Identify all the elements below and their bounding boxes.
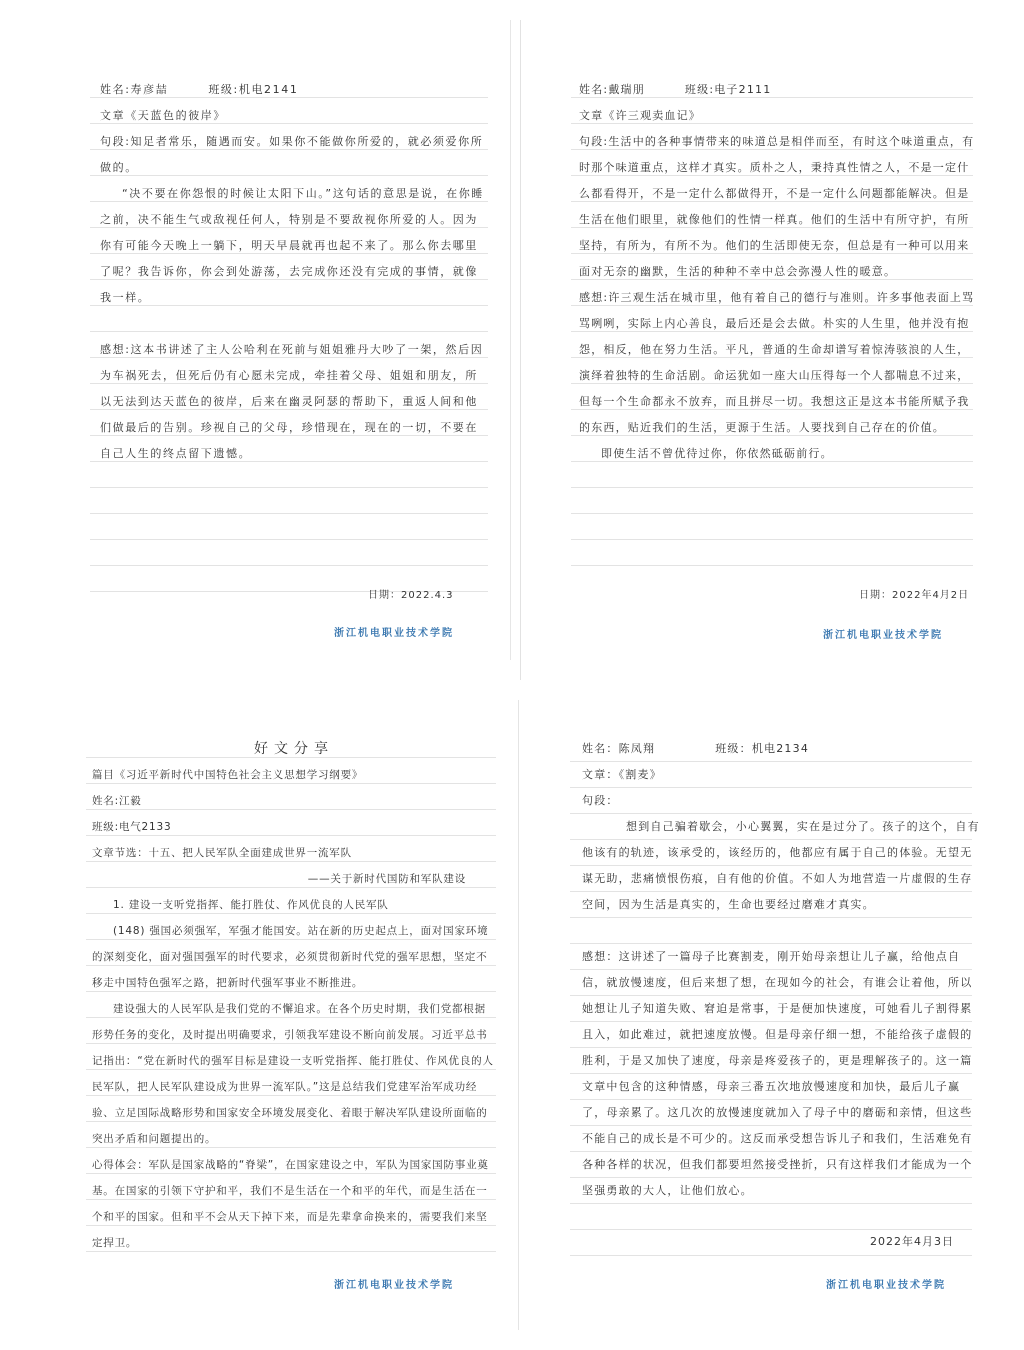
article-title: 文章《天蓝色的彼岸》 bbox=[100, 103, 490, 129]
article-title: 文章：《割麦》 bbox=[582, 762, 980, 788]
sheet-2-content: 姓名:戴瑞朋 班级:电子2111 文章《许三观卖血记》 句段:生活中的各种事情带… bbox=[579, 77, 979, 467]
school-footer: 浙江机电职业技术学院 bbox=[823, 626, 943, 641]
reflection: 感想:这本书讲述了主人公哈利在死前与姐姐雅丹大吵了一架，然后因为车祸死去，但死后… bbox=[100, 337, 490, 467]
reflection: 感想:许三观生活在城市里，他有着自己的德行与准则。许多事他表面上骂骂咧咧，实际上… bbox=[579, 285, 979, 441]
student-info-row: 姓名：陈凤翔 班级：机电2134 bbox=[582, 736, 980, 762]
student-info-row: 姓名:寿彦喆 班级:机电2141 bbox=[100, 77, 490, 103]
body-paragraph: “决不要在你怨恨的时候让太阳下山。”这句话的意思是说，在你睡之前，决不能生气或敌… bbox=[100, 181, 490, 311]
paragraph-reflection: 心得体会：军队是国家战略的“脊梁”，在国家建设之中，军队为国家国防事业奠基。在国… bbox=[92, 1152, 496, 1256]
sheet-4-content: 姓名：陈凤翔 班级：机电2134 文章：《割麦》 句段： 想到自己骗着歇会，小心… bbox=[582, 736, 980, 1204]
book-title: 篇目《习近平新时代中国特色社会主义思想学习纲要》 bbox=[92, 762, 496, 788]
student-class: 班级：机电2134 bbox=[715, 736, 809, 762]
handwritten-sheet-2: 姓名:戴瑞朋 班级:电子2111 文章《许三观卖血记》 句段:生活中的各种事情带… bbox=[520, 20, 1001, 680]
passage: 句段:知足者常乐，随遇而安。如果你不能做你所爱的，就必须爱你所做的。 bbox=[100, 129, 490, 181]
excerpt-point: 1. 建设一支听党指挥、能打胜仗、作风优良的人民军队 bbox=[92, 892, 496, 918]
closing-line: 即使生活不曾优待过你，你依然砥砺前行。 bbox=[579, 441, 979, 467]
school-footer: 浙江机电职业技术学院 bbox=[334, 1276, 454, 1291]
paragraph: 建设强大的人民军队是我们党的不懈追求。在各个历史时期，我们党都根据形势任务的变化… bbox=[92, 996, 496, 1152]
paragraph: (148) 强国必须强军，军强才能国安。站在新的历史起点上，面对国家环境的深刻变… bbox=[92, 918, 496, 996]
sheet-1-content: 姓名:寿彦喆 班级:机电2141 文章《天蓝色的彼岸》 句段:知足者常乐，随遇而… bbox=[100, 77, 490, 467]
excerpt-subtitle: ——关于新时代国防和军队建设 bbox=[92, 866, 496, 892]
school-footer: 浙江机电职业技术学院 bbox=[334, 624, 454, 639]
excerpt-heading: 文章节选：十五、把人民军队全面建成世界一流军队 bbox=[92, 840, 496, 866]
passage: 句段:生活中的各种事情带来的味道总是相伴而至，有时这个味道重点，有时那个味道重点… bbox=[579, 129, 979, 285]
reflection: 感想：这讲述了一篇母子比赛割麦，刚开始母亲想让儿子赢，给他点自信，就放慢速度，但… bbox=[582, 944, 980, 1204]
student-name: 姓名:寿彦喆 bbox=[100, 77, 168, 103]
student-name: 姓名:戴瑞朋 bbox=[579, 77, 645, 103]
handwritten-sheet-3: 好文分享 篇目《习近平新时代中国特色社会主义思想学习纲要》 姓名:江毅 班级:电… bbox=[28, 700, 519, 1330]
school-footer: 浙江机电职业技术学院 bbox=[826, 1276, 946, 1291]
student-name: 姓名：陈凤翔 bbox=[582, 736, 655, 762]
handwritten-sheet-1: 姓名:寿彦喆 班级:机电2141 文章《天蓝色的彼岸》 句段:知足者常乐，随遇而… bbox=[28, 20, 511, 660]
sheet-3-content: 好文分享 篇目《习近平新时代中国特色社会主义思想学习纲要》 姓名:江毅 班级:电… bbox=[92, 736, 496, 1256]
handwritten-sheet-4: 姓名：陈凤翔 班级：机电2134 文章：《割麦》 句段： 想到自己骗着歇会，小心… bbox=[520, 700, 1000, 1330]
date: 2022年4月3日 bbox=[870, 1233, 954, 1249]
student-name: 姓名:江毅 bbox=[92, 788, 496, 814]
article-title: 文章《许三观卖血记》 bbox=[579, 103, 979, 129]
student-class: 班级:机电2141 bbox=[208, 77, 298, 103]
passage: 想到自己骗着歇会，小心翼翼，实在是过分了。孩子的这个，自有他该有的轨迹，该承受的… bbox=[582, 814, 980, 918]
date: 日期：2022.4.3 bbox=[368, 586, 454, 601]
share-heading: 好文分享 bbox=[92, 736, 496, 762]
student-info-row: 姓名:戴瑞朋 班级:电子2111 bbox=[579, 77, 979, 103]
student-class: 班级:电气2133 bbox=[92, 814, 496, 840]
passage-label: 句段： bbox=[582, 788, 980, 814]
student-class: 班级:电子2111 bbox=[685, 77, 772, 103]
date: 日期：2022年4月2日 bbox=[859, 586, 969, 601]
